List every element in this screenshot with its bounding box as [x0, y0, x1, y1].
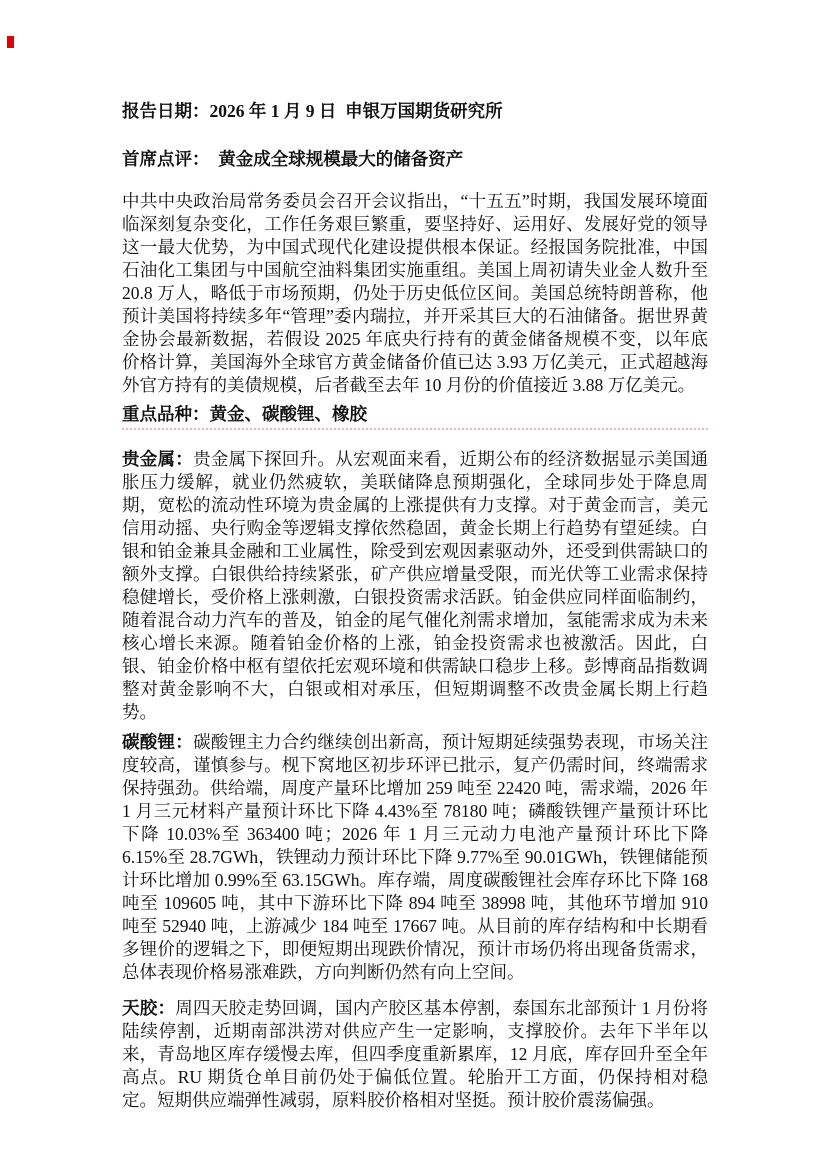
section-lithium-carbonate-label: 碳酸锂： — [122, 732, 193, 752]
red-marker — [7, 36, 14, 48]
chief-comment-line: 首席点评： 黄金成全球规模最大的储备资产 — [122, 148, 708, 171]
chief-comment-title: 黄金成全球规模最大的储备资产 — [218, 149, 463, 169]
key-varieties-heading: 重点品种：黄金、碳酸锂、橡胶 — [122, 403, 708, 430]
chief-comment-label: 首席点评： — [122, 149, 210, 169]
section-precious-metals: 贵金属：贵金属下探回升。从宏观面来看，近期公布的经济数据显示美国通胀压力缓解，就… — [122, 448, 708, 724]
report-content: 报告日期：2026 年 1 月 9 日 申银万国期货研究所 首席点评： 黄金成全… — [122, 100, 708, 1112]
section-lithium-carbonate-body: 碳酸锂主力合约继续创出新高，预计短期延续强势表现，市场关注度较高，谨慎参与。枧下… — [122, 732, 712, 982]
section-precious-metals-label: 贵金属： — [122, 449, 193, 469]
section-rubber: 天胶：周四天胶走势回调，国内产胶区基本停割，泰国东北部预计 1 月份将陆续停割，… — [122, 997, 708, 1112]
chief-comment-spacer — [210, 149, 219, 169]
section-rubber-label: 天胶： — [122, 998, 175, 1018]
section-lithium-carbonate: 碳酸锂：碳酸锂主力合约继续创出新高，预计短期延续强势表现，市场关注度较高，谨慎参… — [122, 731, 708, 984]
section-precious-metals-body: 贵金属下探回升。从宏观面来看，近期公布的经济数据显示美国通胀压力缓解，就业仍然疲… — [122, 449, 708, 722]
report-date-line: 报告日期：2026 年 1 月 9 日 申银万国期货研究所 — [122, 100, 708, 123]
section-rubber-body: 周四天胶走势回调，国内产胶区基本停割，泰国东北部预计 1 月份将陆续停割，近期南… — [122, 998, 708, 1110]
lead-paragraph: 中共中央政治局常务委员会召开会议指出，“十五五”时期，我国发展环境面临深刻复杂变… — [122, 190, 708, 397]
report-page: 报告日期：2026 年 1 月 9 日 申银万国期货研究所 首席点评： 黄金成全… — [0, 0, 826, 1169]
